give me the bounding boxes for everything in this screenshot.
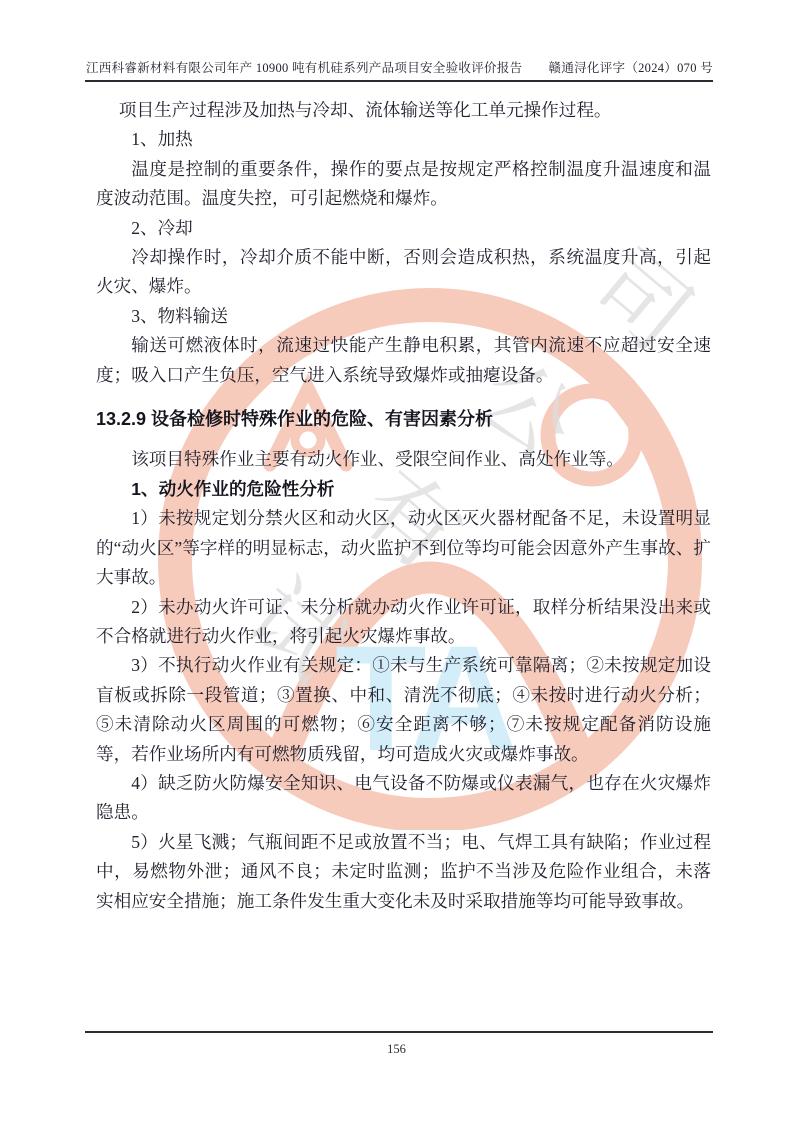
paragraph: 1）未按规定划分禁火区和动火区，动火区灭火器材配备不足，未设置明显的“动火区”等… xyxy=(96,504,711,592)
section-heading: 13.2.9 设备检修时特殊作业的危险、有害因素分析 xyxy=(96,405,711,434)
paragraph: 冷却操作时，冷却介质不能中断，否则会造成积热，系统温度升高，引起火灾、爆炸。 xyxy=(96,243,711,302)
paragraph: 3）不执行动火作业有关规定：①未与生产系统可靠隔离；②未按规定加设盲板或拆除一段… xyxy=(96,651,711,769)
paragraph: 温度是控制的重要条件，操作的要点是按规定严格控制温度升温速度和温度波动范围。温度… xyxy=(96,155,711,214)
paragraph: 4）缺乏防火防爆安全知识、电气设备不防爆或仪表漏气，也存在火灾爆炸隐患。 xyxy=(96,769,711,828)
page-number: 156 xyxy=(0,1042,793,1057)
document-body: 项目生产过程涉及加热与冷却、流体输送等化工单元操作过程。1、加热温度是控制的重要… xyxy=(96,96,711,916)
paragraph: 项目生产过程涉及加热与冷却、流体输送等化工单元操作过程。 xyxy=(96,96,711,125)
header-title: 江西科睿新材料有限公司年产 10900 吨有机硅系列产品项目安全验收评价报告 xyxy=(86,58,522,76)
footer-rule xyxy=(85,1031,713,1033)
paragraph: 1、加热 xyxy=(96,125,711,154)
paragraph: 输送可燃液体时，流速过快能产生静电积累，其管内流速不应超过安全速度；吸入口产生负… xyxy=(96,331,711,390)
paragraph: 2）未办动火许可证、未分析就办动火作业许可证，取样分析结果没出来或不合格就进行动… xyxy=(96,593,711,652)
paragraph: 2、冷却 xyxy=(96,214,711,243)
header-rule xyxy=(85,80,713,82)
page-header: 江西科睿新材料有限公司年产 10900 吨有机硅系列产品项目安全验收评价报告 赣… xyxy=(86,58,713,76)
document-page: TA 试有公司 江西科睿新材料有限公司年产 10900 吨有机硅系列产品项目安全… xyxy=(0,0,793,1122)
subsection-heading: 1、动火作业的危险性分析 xyxy=(96,475,711,504)
header-doc-number: 赣通浔化评字（2024）070 号 xyxy=(549,58,713,76)
paragraph: 5）火星飞溅；气瓶间距不足或放置不当；电、气焊工具有缺陷；作业过程中，易燃物外泄… xyxy=(96,828,711,916)
paragraph: 3、物料输送 xyxy=(96,302,711,331)
paragraph: 该项目特殊作业主要有动火作业、受限空间作业、高处作业等。 xyxy=(96,445,711,474)
